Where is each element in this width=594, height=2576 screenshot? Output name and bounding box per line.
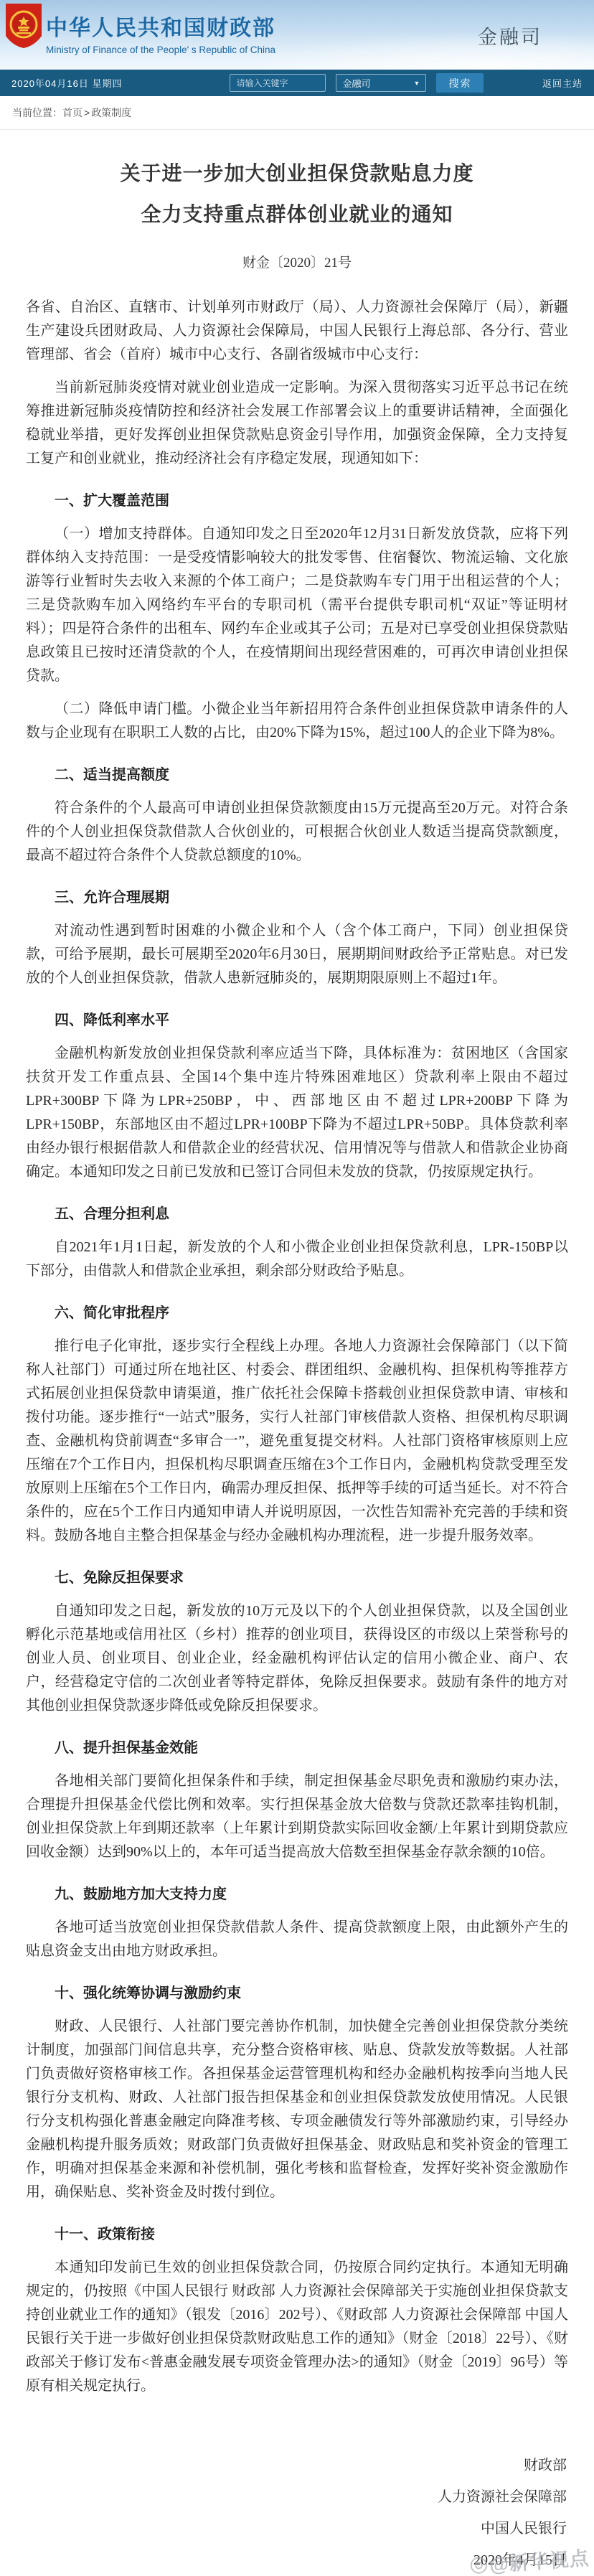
breadcrumb-separator: > xyxy=(84,107,90,118)
breadcrumb-home-link[interactable]: 首页 xyxy=(62,105,82,120)
section-heading: 二、适当提高额度 xyxy=(26,763,568,787)
department-title: 金融司 xyxy=(478,22,542,50)
site-header: 中华人民共和国财政部 Ministry of Finance of the Pe… xyxy=(0,0,594,70)
section-heading: 十、强化统筹协调与激励约束 xyxy=(26,1982,568,2006)
notice-article: 关于进一步加大创业担保贷款贴息力度 全力支持重点群体创业就业的通知 财金〔202… xyxy=(0,130,594,2576)
section-heading: 九、鼓励地方加大支持力度 xyxy=(26,1883,568,1907)
section-heading: 三、允许合理展期 xyxy=(26,886,568,910)
section-heading: 四、降低利率水平 xyxy=(26,1009,568,1033)
search-input[interactable] xyxy=(230,74,326,92)
page-title: 关于进一步加大创业担保贷款贴息力度 全力支持重点群体创业就业的通知 xyxy=(26,153,568,235)
org-title-group: 中华人民共和国财政部 Ministry of Finance of the Pe… xyxy=(46,10,275,55)
national-emblem-icon xyxy=(4,3,43,54)
section-heading: 十一、政策衔接 xyxy=(26,2223,568,2247)
paragraph: （二）降低申请门槛。小微企业当年新招用符合条件创业担保贷款申请条件的人数与企业现… xyxy=(26,697,568,745)
top-navbar: 2020年04月16日 星期四 金融司 ▼ 搜索 返回主站 xyxy=(0,70,594,96)
site-title-en: Ministry of Finance of the People' s Rep… xyxy=(46,44,275,55)
paragraph: 当前新冠肺炎疫情对就业创业造成一定影响。为深入贯彻落实习近平总书记在统筹推进新冠… xyxy=(26,376,568,471)
search-button[interactable]: 搜索 xyxy=(436,73,484,93)
section-heading: 一、扩大覆盖范围 xyxy=(26,489,568,513)
breadcrumb-section-link[interactable]: 政策制度 xyxy=(91,105,131,120)
document-number: 财金〔2020〕21号 xyxy=(26,252,568,271)
search-scope-select[interactable]: 金融司 ▼ xyxy=(336,74,426,92)
signature-line: 人力资源社会保障部 xyxy=(26,2481,567,2513)
section-heading: 八、提升担保基金效能 xyxy=(26,1736,568,1760)
page-title-line1: 关于进一步加大创业担保贷款贴息力度 xyxy=(26,153,568,194)
page-title-line2: 全力支持重点群体创业就业的通知 xyxy=(26,194,568,235)
section-heading: 六、简化审批程序 xyxy=(26,1302,568,1325)
return-main-site-link[interactable]: 返回主站 xyxy=(542,76,583,90)
section-heading: 五、合理分担利息 xyxy=(26,1203,568,1226)
paragraph: 各省、自治区、直辖市、计划单列市财政厅（局）、人力资源社会保障厅（局），新疆生产… xyxy=(26,296,568,367)
search-bar: 金融司 ▼ 搜索 xyxy=(230,73,484,93)
signature-block: 财政部人力资源社会保障部中国人民银行2020年4月15日 xyxy=(26,2450,568,2576)
signature-line: 中国人民银行 xyxy=(26,2513,567,2544)
paragraph: （一）增加支持群体。自通知印发之日至2020年12月31日新发放贷款，应将下列群… xyxy=(26,522,568,688)
site-title: 中华人民共和国财政部 xyxy=(46,10,275,42)
breadcrumb: 当前位置： 首页 > 政策制度 xyxy=(0,96,594,130)
chevron-down-icon: ▼ xyxy=(414,80,420,87)
paragraph: 各地相关部门要简化担保条件和手续，制定担保基金尽职免责和激励约束办法，合理提升担… xyxy=(26,1769,568,1864)
paragraph: 自2021年1月1日起，新发放的个人和小微企业创业担保贷款利息，LPR-150B… xyxy=(26,1236,568,1283)
article-body: 各省、自治区、直辖市、计划单列市财政厅（局）、人力资源社会保障厅（局），新疆生产… xyxy=(26,296,568,2398)
page: 中华人民共和国财政部 Ministry of Finance of the Pe… xyxy=(0,0,594,2576)
paragraph: 各地可适当放宽创业担保贷款借款人条件、提高贷款额度上限，由此额外产生的贴息资金支… xyxy=(26,1916,568,1963)
paragraph: 本通知印发前已生效的创业担保贷款合同，仍按原合同约定执行。本通知无明确规定的，仍… xyxy=(26,2256,568,2398)
paragraph: 符合条件的个人最高可申请创业担保贷款额度由15万元提高至20万元。对符合条件的个… xyxy=(26,796,568,868)
search-scope-value: 金融司 xyxy=(342,76,370,90)
paragraph: 自通知印发之日起，新发放的10万元及以下的个人创业担保贷款，以及全国创业孵化示范… xyxy=(26,1599,568,1718)
current-date: 2020年04月16日 星期四 xyxy=(11,76,122,90)
paragraph: 对流动性遇到暂时困难的小微企业和个人（含个体工商户，下同）创业担保贷款，可给予展… xyxy=(26,919,568,990)
paragraph: 财政、人民银行、人社部门要完善协作机制，加快健全完善创业担保贷款分类统计制度，加… xyxy=(26,2015,568,2204)
signature-line: 财政部 xyxy=(26,2450,567,2481)
paragraph: 金融机构新发放创业担保贷款利率应适当下降，具体标准为：贫困地区（含国家扶贫开发工… xyxy=(26,1042,568,1184)
section-heading: 七、免除反担保要求 xyxy=(26,1566,568,1590)
signature-line: 2020年4月15日 xyxy=(26,2544,567,2576)
breadcrumb-label: 当前位置： xyxy=(12,105,62,120)
paragraph: 推行电子化审批，逐步实行全程线上办理。各地人力资源社会保障部门（以下简称人社部门… xyxy=(26,1335,568,1548)
